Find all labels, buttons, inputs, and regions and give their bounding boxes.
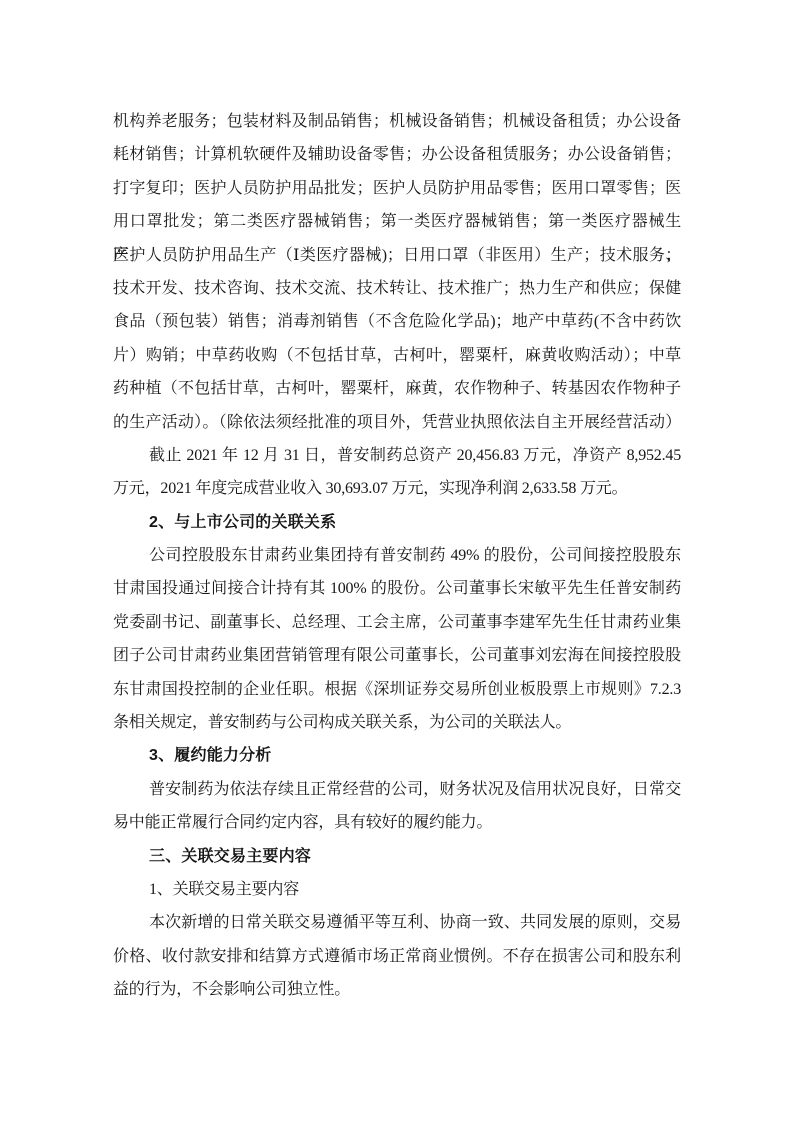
body-line: 片）购销；中草药收购（不包括甘草，古柯叶，罂粟杆，麻黄收购活动）；中草: [113, 339, 681, 372]
body-line: 益的行为，不会影响公司独立性。: [113, 973, 681, 1006]
body-line-financials: 截止 2021 年 12 月 31 日，普安制药总资产 20,456.83 万元…: [113, 439, 681, 472]
body-line: 普安制药为依法存续且正常经营的公司，财务状况及信用状况良好，日常交: [113, 773, 681, 806]
heading-performance-analysis: 3、履约能力分析: [113, 739, 681, 772]
document-page: 机构养老服务；包装材料及制品销售；机械设备销售；机械设备租赁；办公设备 耗材销售…: [0, 0, 793, 1122]
body-line: 打字复印；医护人员防护用品批发；医护人员防护用品零售；医用口罩零售；医: [113, 172, 681, 205]
body-line: 公司控股股东甘肃药业集团持有普安制药 49% 的股份，公司间接控股股东: [113, 539, 681, 572]
body-line: 机构养老服务；包装材料及制品销售；机械设备销售；机械设备租赁；办公设备: [113, 105, 681, 138]
body-line: 条相关规定，普安制药与公司构成关联关系，为公司的关联法人。: [113, 706, 681, 739]
body-line: 甘肃国投通过间接合计持有其 100% 的股份。公司董事长宋敏平先生任普安制药: [113, 572, 681, 605]
body-line: 耗材销售；计算机软硬件及辅助设备零售；办公设备租赁服务；办公设备销售；: [113, 138, 681, 171]
body-line: 药种植（不包括甘草，古柯叶，罂粟杆，麻黄，农作物种子、转基因农作物种子: [113, 372, 681, 405]
heading-section-transaction-content: 三、关联交易主要内容: [113, 840, 681, 873]
body-line: 易中能正常履行合同约定内容，具有较好的履约能力。: [113, 806, 681, 839]
body-line-financials: 万元，2021 年度完成营业收入 30,693.07 万元，实现净利润 2,63…: [113, 472, 681, 505]
body-line: 本次新增的日常关联交易遵循平等互利、协商一致、共同发展的原则，交易: [113, 906, 681, 939]
body-line: 食品（预包装）销售；消毒剂销售（不含危险化学品)；地产中草药(不含中药饮: [113, 305, 681, 338]
body-line: 团子公司甘肃药业集团营销管理有限公司董事长，公司董事刘宏海在间接控股股: [113, 639, 681, 672]
body-line: 党委副书记、副董事长、总经理、工会主席，公司董事李建军先生任甘肃药业集: [113, 606, 681, 639]
subheading-transaction-content: 1、关联交易主要内容: [113, 873, 681, 906]
body-line: 医护人员防护用品生产（Ⅰ类医疗器械)；日用口罩（非医用）生产；技术服务、: [113, 239, 681, 272]
body-line: 东甘肃国投控制的企业任职。根据《深圳证券交易所创业板股票上市规则》7.2.3: [113, 673, 681, 706]
body-line: 用口罩批发；第二类医疗器械销售；第一类医疗器械销售；第一类医疗器械生产；: [113, 205, 681, 238]
text-block: 机构养老服务；包装材料及制品销售；机械设备销售；机械设备租赁；办公设备 耗材销售…: [113, 105, 681, 1007]
body-line: 价格、收付款安排和结算方式遵循市场正常商业惯例。不存在损害公司和股东利: [113, 940, 681, 973]
body-line: 技术开发、技术咨询、技术交流、技术转让、技术推广；热力生产和供应；保健: [113, 272, 681, 305]
body-line: 的生产活动）。（除依法须经批准的项目外，凭营业执照依法自主开展经营活动）: [113, 406, 681, 439]
heading-related-relationship: 2、与上市公司的关联关系: [113, 506, 681, 539]
